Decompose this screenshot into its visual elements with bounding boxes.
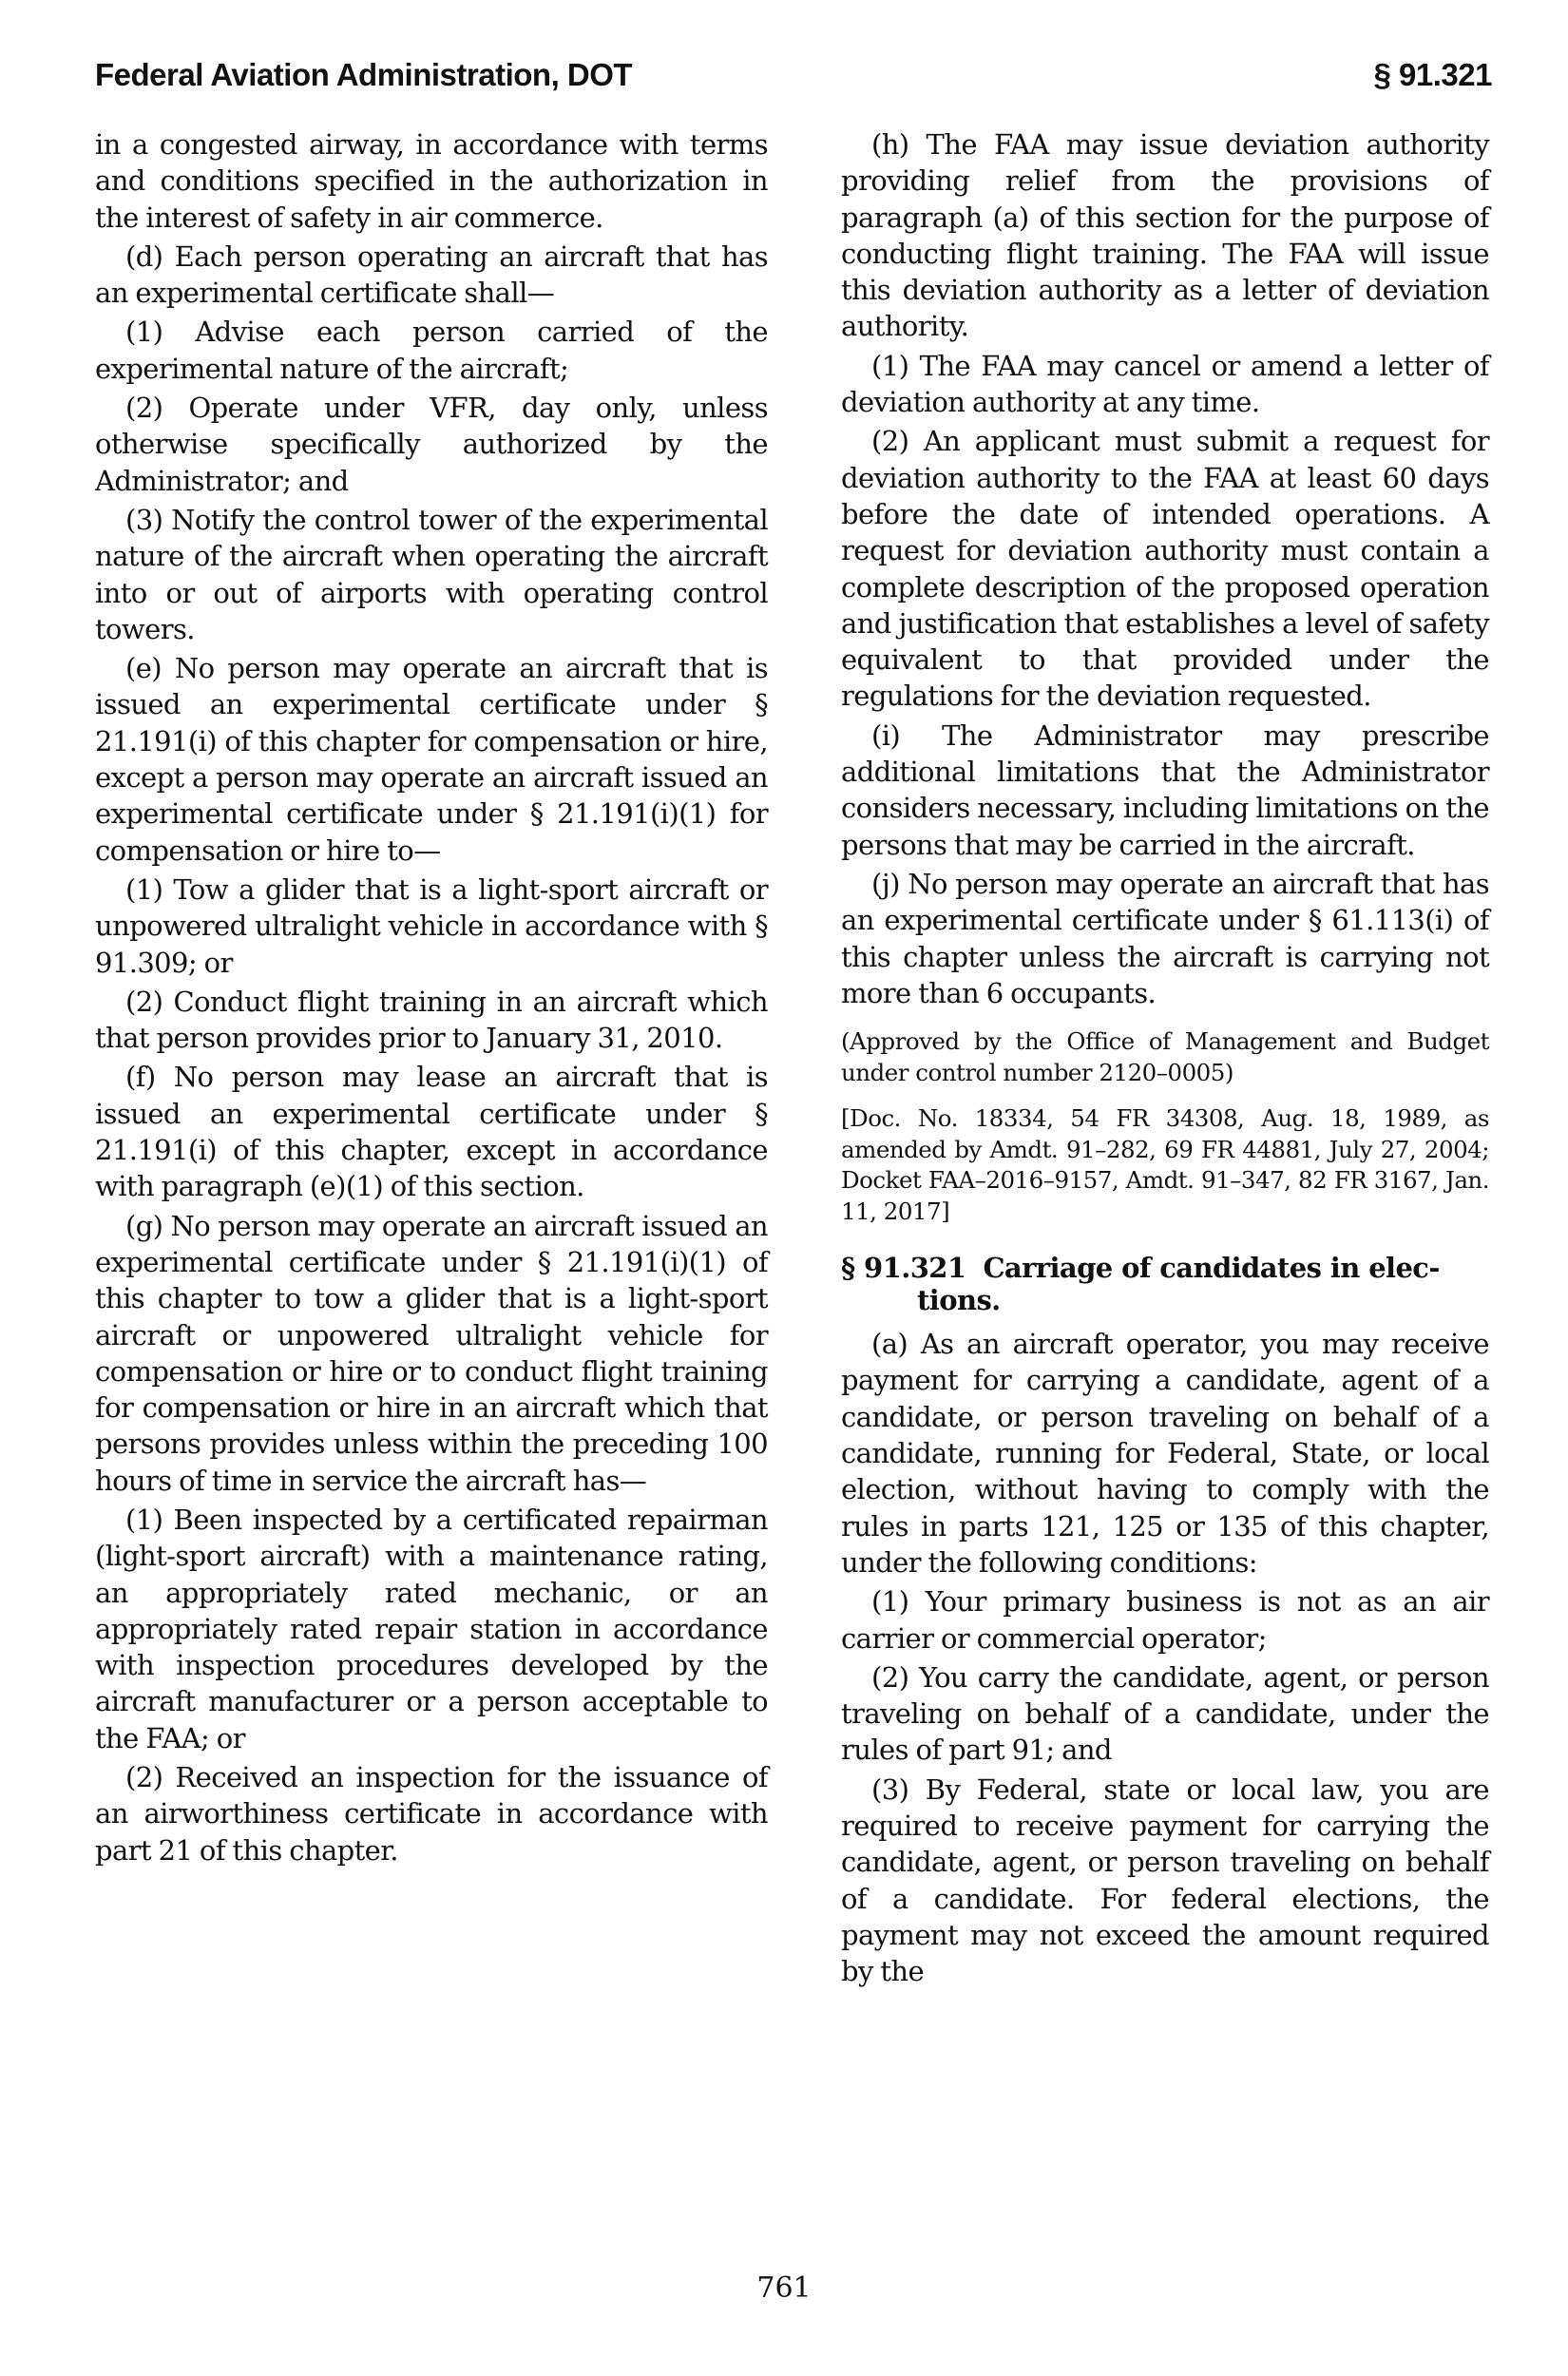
paragraph-a: (a) As an aircraft operator, you may rec…: [841, 1326, 1489, 1581]
right-column: (h) The FAA may issue deviation au­thori…: [841, 126, 1489, 1992]
running-head: Federal Aviation Administration, DOT § 9…: [95, 53, 1492, 97]
citation-note: [Doc. No. 18334, 54 FR 34308, Aug. 18, 1…: [841, 1103, 1489, 1227]
paragraph-g-1: (1) Been inspected by a certificated rep…: [95, 1502, 768, 1756]
paragraph-c-continued: in a congested airway, in accordance wit…: [95, 126, 768, 236]
paragraph-e: (e) No person may operate an aircraft th…: [95, 650, 768, 869]
paragraph-j: (j) No person may operate an aircraft th…: [841, 866, 1489, 1011]
paragraph-d: (d) Each person operating an aircraft th…: [95, 239, 768, 312]
paragraph-i: (i) The Administrator may prescribe addi…: [841, 718, 1489, 863]
agency-title: Federal Aviation Administration, DOT: [95, 53, 632, 97]
paragraph-d-1: (1) Advise each person carried of the ex…: [95, 314, 768, 387]
paragraph-h: (h) The FAA may issue deviation au­thori…: [841, 126, 1489, 345]
section-number-header: § 91.321: [1374, 53, 1492, 97]
section-heading: § 91.321Carriage of candidates in elec­t…: [841, 1252, 1489, 1316]
page-number: 761: [0, 2271, 1568, 2305]
paragraph-a-2: (2) You carry the candidate, agent, or p…: [841, 1659, 1489, 1769]
paragraph-g: (g) No person may operate an aircraft is…: [95, 1208, 768, 1499]
paragraph-a-3: (3) By Federal, state or local law, you …: [841, 1772, 1489, 1990]
omb-approval-note: (Approved by the Office of Management an…: [841, 1026, 1489, 1088]
paragraph-d-3: (3) Notify the control tower of the ex­p…: [95, 502, 768, 647]
left-column: in a congested airway, in accordance wit…: [95, 126, 768, 1871]
paragraph-d-2: (2) Operate under VFR, day only, un­less…: [95, 390, 768, 499]
paragraph-a-1: (1) Your primary business is not as an a…: [841, 1583, 1489, 1657]
paragraph-h-1: (1) The FAA may cancel or amend a letter…: [841, 348, 1489, 421]
paragraph-e-1: (1) Tow a glider that is a light-sport a…: [95, 872, 768, 981]
paragraph-h-2: (2) An applicant must submit a re­quest …: [841, 423, 1489, 714]
paragraph-g-2: (2) Received an inspection for the issua…: [95, 1759, 768, 1868]
paragraph-f: (f) No person may lease an aircraft that…: [95, 1059, 768, 1204]
section-heading-number: § 91.321: [841, 1252, 966, 1284]
section-heading-title: Carriage of candidates in elec­tions.: [917, 1252, 1440, 1316]
paragraph-e-2: (2) Conduct flight training in an air­cr…: [95, 984, 768, 1057]
